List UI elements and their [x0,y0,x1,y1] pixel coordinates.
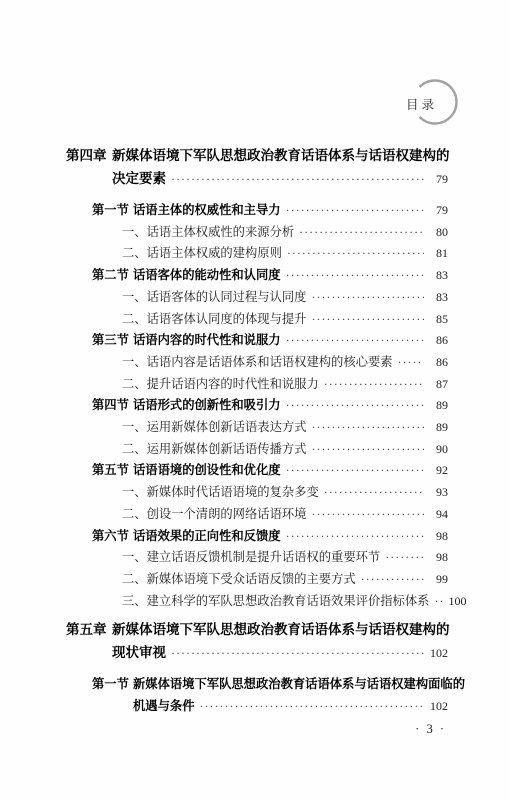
entry-text: 二、话语客体认同度的体现与提升 [122,309,306,331]
entry-line: 三、建立科学的军队思想政治教育话语效果评价指标体系···············… [122,591,458,613]
entry-line: 一、话语主体权威性的来源分析··························… [122,222,458,244]
toc-entry-section: 第六节 话语效果的正向性和反馈度························… [92,526,458,548]
entry-page-number: 79 [426,200,448,222]
entry-text: 话语效果的正向性和反馈度 [133,526,281,548]
entry-text: 新媒体语境下军队思想政治教育话语体系与话语权建构的 [112,144,450,167]
toc-entry-item: 一、新媒体时代话语语境的复杂多变························… [122,482,458,504]
entry-page-number: 100 [444,591,466,613]
entry-text: 一、运用新媒体创新话语表达方式 [122,417,306,439]
entry-text: 一、话语主体权威性的来源分析 [122,222,294,244]
entry-leader-dots: ········································… [398,352,424,374]
toc-entry-chapter: 第五章 新媒体语境下军队思想政治教育话语体系与话语权建构的现状审视·······… [66,618,458,665]
entry-label: 第六节 [92,526,133,548]
entry-line: 二、创设一个清朗的网络话语环境·························… [122,504,458,526]
entry-leader-dots: ········································… [324,482,424,504]
toc-page: 目 录 第四章 新媒体语境下军队思想政治教育话语体系与话语权建构的决定要素···… [0,0,510,800]
entry-body: 二、运用新媒体创新话语传播方式·························… [122,439,458,461]
toc-entry-section: 第一节 话语主体的权威性和主导力························… [92,200,458,222]
entry-line: 二、新媒体语境下受众话语反馈的主要方式·····················… [122,569,458,591]
entry-text: 话语内容的时代性和说服力 [133,330,281,352]
entry-leader-dots: ········································… [286,265,424,287]
toc-list: 第四章 新媒体语境下军队思想政治教育话语体系与话语权建构的决定要素·······… [66,138,458,718]
toc-entry-section: 第五节 话语语境的创设性和优化度························… [92,460,458,482]
entry-leader-dots: ········································… [299,222,424,244]
entry-leader-dots: ········································… [361,569,424,591]
toc-entry-section: 第三节 话语内容的时代性和说服力························… [92,330,458,352]
entry-text: 话语形式的创新性和吸引力 [133,395,281,417]
entry-leader-dots: ········································… [324,374,424,396]
entry-page-number: 102 [426,696,448,718]
entry-page-number: 79 [426,168,448,191]
entry-body: 一、话语主体权威性的来源分析··························… [122,222,458,244]
entry-label: 第一节 [92,200,133,222]
entry-leader-dots: ········································… [286,526,424,548]
entry-page-number: 80 [426,222,448,244]
entry-leader-dots: ········································… [286,330,424,352]
entry-label: 第四节 [92,395,133,417]
toc-entry-item: 二、创设一个清朗的网络话语环境·························… [122,504,458,526]
toc-entry-item: 一、话语主体权威性的来源分析··························… [122,222,458,244]
entry-text: 二、运用新媒体创新话语传播方式 [122,439,306,461]
entry-leader-dots: ········································… [286,460,424,482]
entry-page-number: 99 [426,569,448,591]
entry-page-number: 86 [426,352,448,374]
entry-text: 新媒体语境下军队思想政治教育话语体系与话语权建构面临的 [133,674,465,696]
entry-page-number: 98 [426,526,448,548]
entry-page-number: 94 [426,504,448,526]
entry-body: 新媒体语境下军队思想政治教育话语体系与话语权建构的现状审视···········… [112,618,458,665]
entry-page-number: 83 [426,265,448,287]
entry-page-number: 87 [426,374,448,396]
entry-body: 话语形式的创新性和吸引力····························… [133,395,458,417]
entry-body: 一、话语内容是话语体系和话语权建构的核心要素··················… [122,352,458,374]
toc-entry-item: 二、提升话语内容的时代性和说服力························… [122,374,458,396]
entry-body: 话语语境的创设性和优化度····························… [133,460,458,482]
entry-label: 第三节 [92,330,133,352]
entry-body: 新媒体语境下军队思想政治教育话语体系与话语权建构面临的机遇与条件········… [133,674,458,717]
entry-body: 二、话语主体权威的建构原则···························… [122,243,458,265]
entry-text: 二、话语主体权威的建构原则 [122,243,282,265]
entry-leader-dots: ········································… [311,417,424,439]
entry-page-number: 92 [426,460,448,482]
toc-entry-item: 二、运用新媒体创新话语传播方式·························… [122,439,458,461]
entry-line: 一、话语内容是话语体系和话语权建构的核心要素··················… [122,352,458,374]
toc-entry-chapter: 第四章 新媒体语境下军队思想政治教育话语体系与话语权建构的决定要素·······… [66,144,458,191]
entry-label: 第一节 [92,674,133,696]
entry-text: 一、新媒体时代话语语境的复杂多变 [122,482,319,504]
footer-page-number: · 3 · [415,722,446,737]
entry-text: 一、建立话语反馈机制是提升话语权的重要环节 [122,547,380,569]
entry-label: 第五章 [66,618,112,641]
toc-entry-item: 二、新媒体语境下受众话语反馈的主要方式·····················… [122,569,458,591]
entry-page-number: 98 [426,547,448,569]
entry-line: 一、建立话语反馈机制是提升话语权的重要环节···················… [122,547,458,569]
entry-text: 二、创设一个清朗的网络话语环境 [122,504,306,526]
entry-leader-dots: ········································… [287,243,424,265]
entry-leader-dots: ········································… [311,309,424,331]
entry-body: 二、话语客体认同度的体现与提升·························… [122,309,458,331]
entry-line: 话语内容的时代性和说服力····························… [133,330,458,352]
entry-body: 一、运用新媒体创新话语表达方式·························… [122,417,458,439]
entry-body: 话语内容的时代性和说服力····························… [133,330,458,352]
toc-entry-item: 一、话语内容是话语体系和话语权建构的核心要素··················… [122,352,458,374]
entry-leader-dots: ········································… [286,395,424,417]
entry-page-number: 93 [426,482,448,504]
entry-body: 话语客体的能动性和认同度····························… [133,265,458,287]
entry-line: 一、新媒体时代话语语境的复杂多变························… [122,482,458,504]
entry-line: 一、运用新媒体创新话语表达方式·························… [122,417,458,439]
entry-line: 话语客体的能动性和认同度····························… [133,265,458,287]
entry-leader-dots: ········································… [385,547,424,569]
entry-text: 话语语境的创设性和优化度 [133,460,281,482]
entry-text: 二、提升话语内容的时代性和说服力 [122,374,319,396]
entry-text: 一、话语客体的认同过程与认同度 [122,287,306,309]
toc-entry-section: 第一节 新媒体语境下军队思想政治教育话语体系与话语权建构面临的机遇与条件····… [92,674,458,717]
entry-text: 二、新媒体语境下受众话语反馈的主要方式 [122,569,356,591]
entry-body: 二、新媒体语境下受众话语反馈的主要方式·····················… [122,569,458,591]
entry-line: 话语语境的创设性和优化度····························… [133,460,458,482]
entry-text: 新媒体语境下军队思想政治教育话语体系与话语权建构的 [112,618,450,641]
entry-leader-dots: ········································… [171,168,424,191]
entry-label: 第二节 [92,265,133,287]
entry-text: 话语主体的权威性和主导力 [133,200,281,222]
entry-leader-dots: ········································… [311,504,424,526]
entry-line: 二、提升话语内容的时代性和说服力························… [122,374,458,396]
entry-label: 第四章 [66,144,112,167]
entry-leader-dots: ········································… [311,287,424,309]
entry-page-number: 90 [426,439,448,461]
entry-text: 决定要素 [112,167,166,190]
entry-page-number: 86 [426,330,448,352]
entry-leader-dots: ········································… [286,200,424,222]
entry-body: 话语效果的正向性和反馈度····························… [133,526,458,548]
entry-leader-dots: ········································… [171,642,424,665]
entry-page-number: 89 [426,417,448,439]
toc-entry-item: 一、建立话语反馈机制是提升话语权的重要环节···················… [122,547,458,569]
entry-line: 新媒体语境下军队思想政治教育话语体系与话语权建构的 [112,144,458,167]
entry-body: 话语主体的权威性和主导力····························… [133,200,458,222]
entry-text: 机遇与条件 [133,696,195,718]
entry-line: 现状审视····································… [112,641,458,665]
entry-leader-dots: ········································… [200,696,425,718]
toc-entry-section: 第二节 话语客体的能动性和认同度························… [92,265,458,287]
entry-body: 二、提升话语内容的时代性和说服力························… [122,374,458,396]
toc-entry-item: 三、建立科学的军队思想政治教育话语效果评价指标体系···············… [122,591,458,613]
entry-body: 二、创设一个清朗的网络话语环境·························… [122,504,458,526]
entry-page-number: 85 [426,309,448,331]
entry-body: 新媒体语境下军队思想政治教育话语体系与话语权建构的决定要素···········… [112,144,458,191]
toc-entry-item: 二、话语客体认同度的体现与提升·························… [122,309,458,331]
entry-body: 一、建立话语反馈机制是提升话语权的重要环节···················… [122,547,458,569]
entry-line: 机遇与条件···································… [133,696,458,718]
entry-text: 三、建立科学的军队思想政治教育话语效果评价指标体系 [122,591,429,613]
entry-page-number: 83 [426,287,448,309]
entry-line: 新媒体语境下军队思想政治教育话语体系与话语权建构的 [112,618,458,641]
entry-body: 三、建立科学的军队思想政治教育话语效果评价指标体系···············… [122,591,458,613]
toc-entry-item: 二、话语主体权威的建构原则···························… [122,243,458,265]
entry-line: 二、运用新媒体创新话语传播方式·························… [122,439,458,461]
entry-text: 一、话语内容是话语体系和话语权建构的核心要素 [122,352,393,374]
entry-line: 话语主体的权威性和主导力····························… [133,200,458,222]
entry-line: 话语形式的创新性和吸引力····························… [133,395,458,417]
entry-text: 现状审视 [112,641,166,664]
entry-page-number: 102 [426,642,448,665]
entry-leader-dots: ········································… [434,591,442,613]
toc-entry-section: 第四节 话语形式的创新性和吸引力························… [92,395,458,417]
entry-line: 决定要素····································… [112,167,458,191]
entry-body: 一、话语客体的认同过程与认同度·························… [122,287,458,309]
entry-line: 话语效果的正向性和反馈度····························… [133,526,458,548]
entry-body: 一、新媒体时代话语语境的复杂多变························… [122,482,458,504]
entry-line: 新媒体语境下军队思想政治教育话语体系与话语权建构面临的 [133,674,458,696]
entry-line: 二、话语客体认同度的体现与提升·························… [122,309,458,331]
entry-page-number: 89 [426,395,448,417]
page-title: 目 录 [406,95,434,113]
toc-entry-item: 一、话语客体的认同过程与认同度·························… [122,287,458,309]
entry-leader-dots: ········································… [311,439,424,461]
entry-line: 二、话语主体权威的建构原则···························… [122,243,458,265]
entry-page-number: 81 [426,243,448,265]
entry-label: 第五节 [92,460,133,482]
entry-line: 一、话语客体的认同过程与认同度·························… [122,287,458,309]
toc-entry-item: 一、运用新媒体创新话语表达方式·························… [122,417,458,439]
entry-text: 话语客体的能动性和认同度 [133,265,281,287]
